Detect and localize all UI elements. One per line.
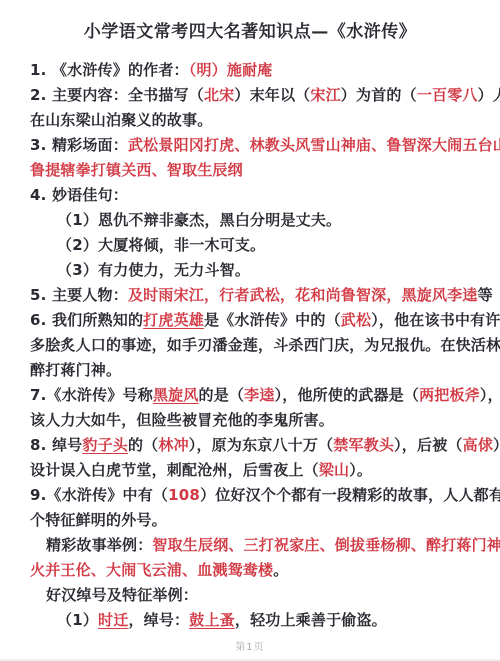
- text-segment: 李逵: [244, 386, 274, 404]
- text-segment: 黑旋风: [153, 386, 199, 404]
- text-segment: （1）: [57, 611, 98, 629]
- text-segment: ），他所使的武器是（: [275, 386, 420, 404]
- text-segment: 武松景阳冈打虎、林教头风雪山神庙、鲁智深大闹五台山、: [128, 136, 500, 154]
- text-line: （1）恩仇不辩非豪杰，黑白分明是丈夫。: [0, 208, 500, 233]
- text-segment: 5. 主要人物：: [30, 286, 128, 304]
- text-segment: 设计误入白虎节堂，刺配沧州，后雪夜上（: [30, 461, 319, 479]
- text-line: 8. 绰号豹子头的（林冲），原为东京八十万（禁军教头），后被（高俅）: [0, 433, 500, 458]
- text-segment: 梁山: [319, 461, 349, 479]
- text-segment: ）: [493, 436, 500, 454]
- text-segment: 是《水浒传》中的（: [204, 311, 341, 329]
- text-line: 5. 主要人物：及时雨宋江，行者武松，花和尚鲁智深，黑旋风李逵等: [0, 283, 500, 308]
- text-line: 该人力大如牛，但险些被冒充他的李鬼所害。: [0, 408, 500, 433]
- text-segment: 鼓上蚤: [189, 611, 235, 629]
- text-segment: 3. 精彩场面：: [30, 136, 128, 154]
- text-line: 4. 妙语佳句：: [0, 183, 500, 208]
- text-segment: 两把板斧: [419, 386, 480, 404]
- text-line: 精彩故事举例：智取生辰纲、三打祝家庄、倒拔垂杨柳、醉打蒋门神、: [0, 533, 500, 558]
- text-segment: 精彩故事举例：: [46, 536, 152, 554]
- text-segment: 武松: [341, 311, 371, 329]
- text-segment: ）末年以（: [234, 86, 310, 104]
- text-line: 设计误入白虎节堂，刺配沧州，后雪夜上（梁山）。: [0, 458, 500, 483]
- text-line: 好汉绰号及特征举例：: [0, 583, 500, 608]
- text-line: 醉打蒋门神。: [0, 358, 500, 383]
- text-segment: 7.《水浒传》号称: [30, 386, 153, 404]
- document-title: 小学语文常考四大名著知识点—《水浒传》: [0, 0, 500, 44]
- text-segment: （明）施耐庵: [189, 61, 273, 79]
- document-body: 1. 《水浒传》的作者：（明）施耐庵2. 主要内容：全书描写（北宋）末年以（宋江…: [0, 58, 500, 633]
- text-segment: 。: [273, 561, 288, 579]
- text-segment: 好汉绰号及特征举例：: [46, 586, 198, 604]
- text-segment: 智取生辰纲、三打祝家庄、倒拔垂杨柳、醉打蒋门神、: [152, 536, 500, 554]
- text-segment: ），后被（: [394, 436, 463, 454]
- text-segment: ）位好汉个个都有一段精彩的故事，人人都有一: [200, 486, 500, 504]
- text-line: 2. 主要内容：全书描写（北宋）末年以（宋江）为首的（一百零八）人: [0, 83, 500, 108]
- text-segment: 高俅: [463, 436, 493, 454]
- text-segment: 9.《水浒传》中有（: [30, 486, 168, 504]
- page-number: 第1页: [0, 638, 500, 653]
- text-segment: 4. 妙语佳句：: [30, 186, 128, 204]
- text-segment: 8. 绰号: [30, 436, 82, 454]
- text-line: 7.《水浒传》号称黑旋风的是（李逵），他所使的武器是（两把板斧），: [0, 383, 500, 408]
- text-segment: （2）大厦将倾，非一木可支。: [57, 236, 265, 254]
- text-segment: 个特征鲜明的外号。: [30, 511, 167, 529]
- text-segment: 等: [478, 286, 493, 304]
- text-segment: 宋江: [310, 86, 340, 104]
- text-segment: ，绰号：: [128, 611, 189, 629]
- text-segment: ），他在该书中有许: [371, 311, 500, 329]
- text-line: 鲁提辖拳打镇关西、智取生辰纲: [0, 158, 500, 183]
- text-line: 个特征鲜明的外号。: [0, 508, 500, 533]
- text-segment: 108: [168, 486, 200, 504]
- text-segment: ）人: [478, 86, 500, 104]
- text-segment: 在山东梁山泊聚义的故事。: [30, 111, 212, 129]
- text-segment: ），原为东京八十万（: [189, 436, 334, 454]
- text-line: （1）时迁，绰号：鼓上蚤，轻功上乘善于偷盗。: [0, 608, 500, 633]
- text-line: 火并王伦、大闹飞云浦、血溅鸳鸯楼。: [0, 558, 500, 583]
- text-segment: （1）恩仇不辩非豪杰，黑白分明是丈夫。: [57, 211, 341, 229]
- text-segment: 时迁: [98, 611, 128, 629]
- text-segment: 及时雨宋江，行者武松，花和尚鲁智深，黑旋风李逵: [128, 286, 478, 304]
- text-segment: 豹子头: [82, 436, 128, 454]
- text-line: 多脍炙人口的事迹，如手刃潘金莲，斗杀西门庆，为兄报仇。在快活林里: [0, 333, 500, 358]
- text-segment: 林冲: [158, 436, 188, 454]
- text-segment: 多脍炙人口的事迹，如手刃潘金莲，斗杀西门庆，为兄报仇。在快活林里: [30, 336, 500, 354]
- text-segment: 鲁提辖拳打镇关西、智取生辰纲: [30, 161, 243, 179]
- text-segment: 醉打蒋门神。: [30, 361, 121, 379]
- text-segment: 6. 我们所熟知的: [30, 311, 143, 329]
- text-segment: 的是（: [199, 386, 245, 404]
- text-segment: ，轻功上乘善于偷盗。: [235, 611, 387, 629]
- text-segment: （3）有力使力，无力斗智。: [57, 261, 250, 279]
- text-segment: 打虎英雄: [143, 311, 204, 329]
- text-segment: 2. 主要内容：全书描写（: [30, 86, 204, 104]
- text-line: （3）有力使力，无力斗智。: [0, 258, 500, 283]
- text-segment: 火并王伦、大闹飞云浦、血溅鸳鸯楼: [30, 561, 273, 579]
- text-segment: 北宋: [204, 86, 234, 104]
- text-line: （2）大厦将倾，非一木可支。: [0, 233, 500, 258]
- text-segment: 的（: [128, 436, 158, 454]
- text-segment: 该人力大如牛，但险些被冒充他的李鬼所害。: [30, 411, 334, 429]
- text-line: 6. 我们所熟知的打虎英雄是《水浒传》中的（武松），他在该书中有许: [0, 308, 500, 333]
- text-line: 9.《水浒传》中有（108）位好汉个个都有一段精彩的故事，人人都有一: [0, 483, 500, 508]
- text-segment: ）为首的（: [341, 86, 417, 104]
- text-line: 1. 《水浒传》的作者：（明）施耐庵: [0, 58, 500, 83]
- text-segment: 一百零八: [417, 86, 478, 104]
- text-segment: 禁军教头: [333, 436, 394, 454]
- text-segment: ）。: [349, 461, 372, 479]
- text-line: 在山东梁山泊聚义的故事。: [0, 108, 500, 133]
- text-segment: 1. 《水浒传》的作者：: [30, 61, 189, 79]
- text-line: 3. 精彩场面：武松景阳冈打虎、林教头风雪山神庙、鲁智深大闹五台山、: [0, 133, 500, 158]
- text-segment: ），: [480, 386, 500, 404]
